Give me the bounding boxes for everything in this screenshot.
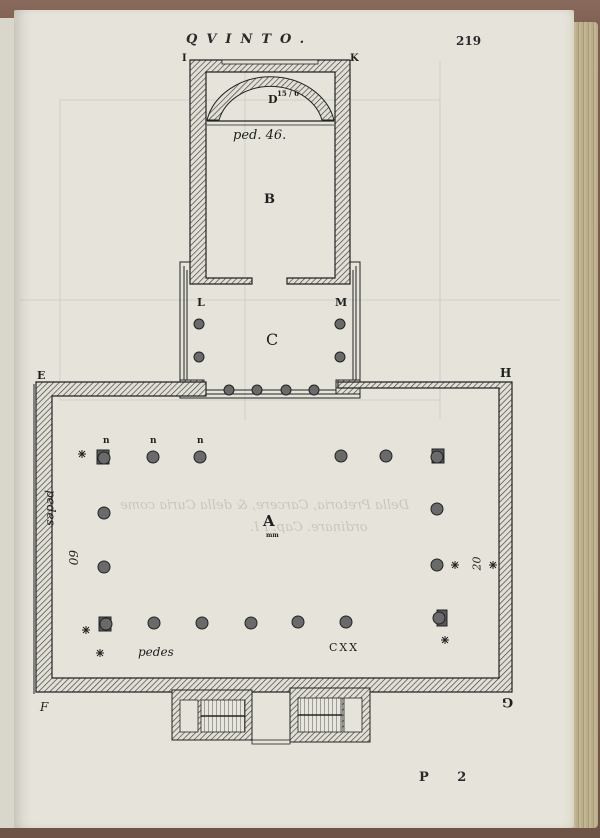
hall-left-value: 60	[66, 550, 80, 565]
room-label-b: B	[264, 192, 275, 207]
hall-left-label: pedes	[44, 490, 58, 526]
corner-label-g: G	[502, 694, 513, 709]
corner-label-m: M	[335, 296, 347, 309]
floor-plan-drawing	[0, 0, 600, 838]
corner-label-l: L	[197, 296, 205, 309]
hall-bottom-value: CXX	[329, 641, 359, 654]
room-label-a: A	[263, 512, 275, 530]
right-side-value: 20	[471, 557, 484, 571]
signature-mark: P 2	[419, 770, 478, 785]
corner-label-e: E	[37, 369, 45, 382]
hall-columns	[97, 449, 447, 631]
column-mark-n: n	[197, 436, 204, 446]
corner-label-h: H	[500, 366, 511, 380]
stair-blocks	[172, 688, 370, 744]
column-mark-n: n	[150, 436, 157, 446]
column-mark-n: n	[103, 436, 110, 446]
apse-width-dimension: ped. 46.	[233, 128, 286, 143]
corner-label-k: K	[350, 53, 359, 64]
room-label-c: C	[266, 330, 278, 349]
apse-fraction: 15 / 6	[277, 89, 299, 98]
star-markers	[78, 450, 497, 657]
small-mark-under-a: mm	[266, 532, 279, 539]
corner-label-f: F	[40, 700, 48, 714]
corner-label-i: I	[182, 53, 187, 64]
hall-bottom-label: pedes	[138, 645, 174, 659]
